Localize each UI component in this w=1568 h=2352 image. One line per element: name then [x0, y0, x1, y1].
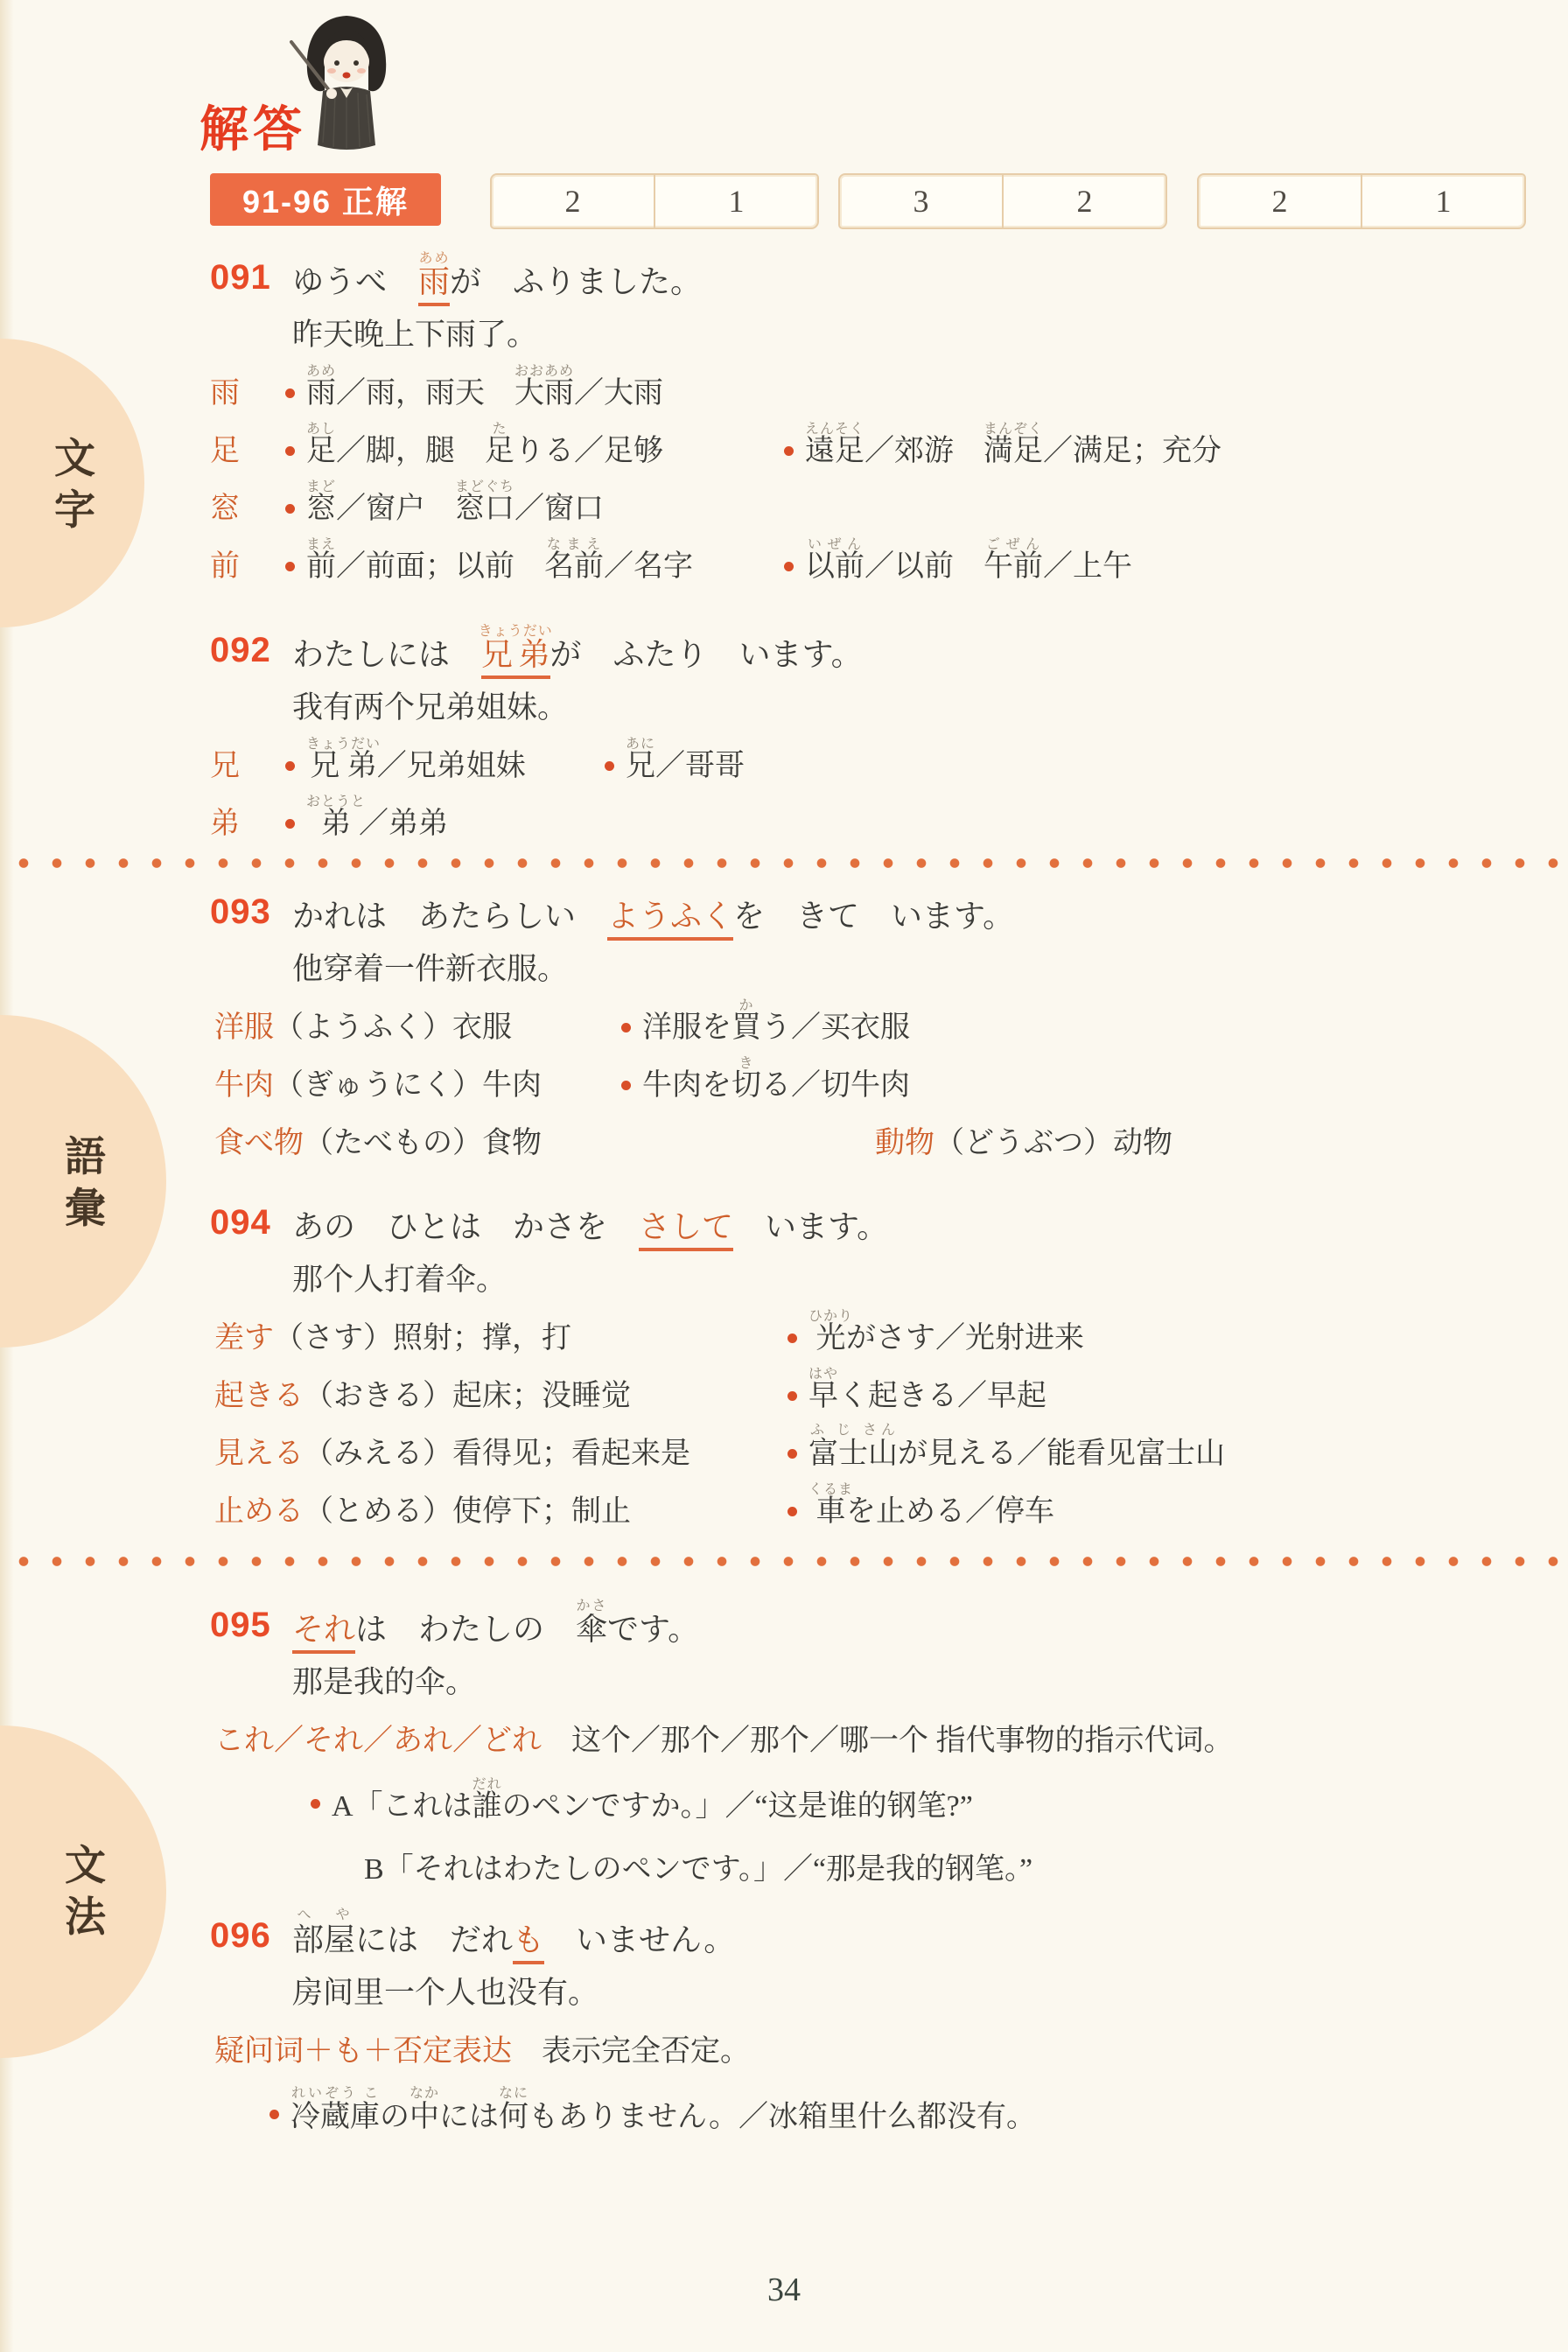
vocab-text: 兄弟きょうだい／兄弟姐妹 — [306, 737, 526, 784]
example-row: A「これは誰だれのペンですか。」／“这是谁的钢笔?” — [311, 1759, 1540, 1822]
question-096: 096 部屋へ やには だれも いません。 房间里一个人也没有。 疑问词＋も＋否… — [210, 1877, 1540, 2132]
vocab-entry: 洋服を買かう／买衣服 — [621, 998, 910, 1046]
question-sentence: それは わたしの 傘かさです。 — [292, 1599, 699, 1647]
question-sentence: かれは あたらしい ようふくを きて います。 — [292, 900, 1014, 934]
question-translation: 房间里一个人也没有。 — [292, 1957, 1540, 2012]
vocab-entry: 雨あめ／雨，雨天 大雨おおあめ／大雨 — [285, 364, 784, 411]
vocab-text: 窓まど／窗户 窓口まどぐち／窗口 — [306, 479, 604, 527]
page-number: 34 — [0, 2271, 1568, 2309]
teacher-girl-illustration — [280, 7, 413, 157]
question-number: 091 — [210, 258, 292, 299]
side-tab-bunpou-label: 文 法 — [65, 1844, 106, 1937]
question-sentence-row: 092 わたしには 兄弟きょうだいが ふたり います。 — [210, 591, 1540, 672]
question-sentence-row: 094 あの ひとは かさを さして います。 — [210, 1164, 1540, 1244]
question-sentence: ゆうべ 雨あめが ふりました。 — [292, 251, 702, 299]
question-sentence-row: 091 ゆうべ 雨あめが ふりました。 — [210, 219, 1540, 299]
vocab-headword: 兄 — [210, 752, 285, 784]
vocab-text: 動物（どうぶつ）动物 — [875, 1129, 1172, 1161]
vocab-text: 差す（さす）照射；撑，打 — [214, 1324, 571, 1356]
vocab-entry: 遠足えんそく／郊游 満足まんぞく／满足；充分 — [784, 422, 1221, 469]
question-sentence: 部屋へ やには だれも いません。 — [292, 1907, 735, 1957]
vocab-row: 差す（さす）照射；撑，打 光ひかりがさす／光射进来 — [210, 1298, 1540, 1356]
bullet-icon — [285, 446, 295, 456]
question-094: 094 あの ひとは かさを さして います。 那个人打着伞。 差す（さす）照射… — [210, 1164, 1540, 1529]
vocab-entry: 前まえ／前面；以前 名前なまえ／名字 — [285, 537, 784, 584]
vocab-text: 洋服（ようふく）衣服 — [214, 1013, 512, 1046]
bullet-icon — [285, 562, 295, 571]
example-text: 冷蔵庫れいぞう この中なかには何なにもありません。／冰箱里什么都没有。 — [290, 2086, 1036, 2132]
vocab-text: 見える（みえる）看得见；看起来是 — [214, 1439, 690, 1472]
vocab-headword: 雨 — [210, 379, 285, 411]
vocab-entry: 弟おとうと／弟弟 — [285, 794, 448, 842]
vocab-text: 車くるまを止める／停车 — [808, 1482, 1054, 1529]
vocab-row: 食べ物（たべもの）食物 動物（どうぶつ）动物 — [210, 1103, 1540, 1161]
example-row: 冷蔵庫れいぞう この中なかには何なにもありません。／冰箱里什么都没有。 — [269, 2069, 1540, 2132]
vocab-headword: 前 — [210, 552, 285, 584]
vocab-row: 足 足あし／脚，腿 足たりる／足够 遠足えんそく／郊游 満足まんぞく／满足；充分 — [210, 411, 1540, 469]
side-tab-moji-label: 文 字 — [54, 437, 95, 530]
vocab-row: 雨 雨あめ／雨，雨天 大雨おおあめ／大雨 — [210, 353, 1540, 411]
vocab-row: 兄 兄弟きょうだい／兄弟姐妹 兄あに／哥哥 — [210, 726, 1540, 784]
vocab-entry: 見える（みえる）看得见；看起来是 — [214, 1439, 787, 1472]
question-translation: 那个人打着伞。 — [292, 1244, 1540, 1298]
example-row: B「それはわたしのペンです。」／“那是我的钢笔。” — [364, 1822, 1540, 1885]
vocab-row: 洋服（ようふく）衣服 洋服を買かう／买衣服 — [210, 988, 1540, 1046]
vocab-text: 止める（とめる）使停下；制止 — [214, 1497, 631, 1529]
bullet-icon — [621, 1081, 631, 1090]
vocab-row: 牛肉（ぎゅうにく）牛肉 牛肉を切きる／切牛肉 — [210, 1046, 1540, 1103]
question-number: 093 — [210, 892, 292, 934]
grammar-note-row: これ／それ／あれ／どれ 这个／那个／那个／哪一个 指代事物的指示代词。 — [210, 1701, 1540, 1759]
vocab-text: 富士山ふ じ さんが見える／能看见富士山 — [808, 1423, 1225, 1472]
vocab-entry: 以前いぜん／以前 午前ごぜん／上午 — [784, 537, 1132, 584]
question-095: 095 それは わたしの 傘かさです。 那是我的伞。 これ／それ／あれ／どれ 这… — [210, 1566, 1540, 1885]
vocab-text: 兄あに／哥哥 — [626, 737, 745, 784]
grammar-note: これ／それ／あれ／どれ 这个／那个／那个／哪一个 指代事物的指示代词。 — [214, 1726, 1234, 1759]
vocab-entry: 車くるまを止める／停车 — [787, 1482, 1054, 1529]
vocab-entry: 光ひかりがさす／光射进来 — [787, 1309, 1084, 1356]
vocab-text: 遠足えんそく／郊游 満足まんぞく／满足；充分 — [805, 422, 1221, 469]
question-sentence-row: 096 部屋へ やには だれも いません。 — [210, 1877, 1540, 1957]
vocab-text: 雨あめ／雨，雨天 大雨おおあめ／大雨 — [306, 364, 663, 411]
vocab-row: 起きる（おきる）起床；没睡觉 早はやく起きる／早起 — [210, 1356, 1540, 1414]
vocab-text: 以前いぜん／以前 午前ごぜん／上午 — [805, 537, 1132, 584]
side-tab-goi-label: 語 彙 — [65, 1136, 106, 1228]
vocab-row: 見える（みえる）看得见；看起来是 富士山ふ じ さんが見える／能看见富士山 — [210, 1414, 1540, 1472]
question-translation: 那是我的伞。 — [292, 1647, 1540, 1701]
vocab-text: 牛肉を切きる／切牛肉 — [642, 1056, 910, 1103]
vocab-entry: 窓まど／窗户 窓口まどぐち／窗口 — [285, 479, 784, 527]
vocab-entry: 起きる（おきる）起床；没睡觉 — [214, 1382, 787, 1414]
vocab-row: 弟 弟おとうと／弟弟 — [210, 784, 1540, 842]
question-sentence-row: 093 かれは あたらしい ようふくを きて います。 — [210, 853, 1540, 934]
vocab-entry: 牛肉を切きる／切牛肉 — [621, 1056, 910, 1103]
dotted-separator — [0, 1556, 1568, 1566]
bullet-icon — [787, 1507, 797, 1516]
vocab-text: 前まえ／前面；以前 名前なまえ／名字 — [306, 537, 693, 584]
tab-char: 彙 — [65, 1187, 106, 1228]
grammar-note: 疑问词＋も＋否定表达 表示完全否定。 — [214, 2037, 750, 2069]
vocab-entry: 食べ物（たべもの）食物 — [214, 1129, 875, 1161]
vocab-entry: 止める（とめる）使停下；制止 — [214, 1497, 787, 1529]
vocab-text: 早はやく起きる／早起 — [808, 1367, 1046, 1414]
vocab-text: 弟おとうと／弟弟 — [306, 794, 448, 842]
vocab-headword: 弟 — [210, 809, 285, 842]
bullet-icon — [285, 388, 295, 398]
question-sentence-row: 095 それは わたしの 傘かさです。 — [210, 1566, 1540, 1647]
question-091: 091 ゆうべ 雨あめが ふりました。 昨天晚上下雨了。 雨 雨あめ／雨，雨天 … — [210, 219, 1540, 584]
question-translation: 他穿着一件新衣服。 — [292, 934, 1540, 988]
question-number: 095 — [210, 1606, 292, 1647]
bullet-icon — [787, 1391, 797, 1401]
vocab-text: 足あし／脚，腿 足たりる／足够 — [306, 422, 663, 469]
question-translation: 我有两个兄弟姐妹。 — [292, 672, 1540, 726]
bullet-icon — [787, 1333, 797, 1343]
vocab-headword: 足 — [210, 437, 285, 469]
question-092: 092 わたしには 兄弟きょうだいが ふたり います。 我有两个兄弟姐妹。 兄 … — [210, 591, 1540, 842]
bullet-icon — [285, 761, 295, 771]
grammar-text: これ／それ／あれ／どれ 这个／那个／那个／哪一个 指代事物的指示代词。 — [214, 1726, 1234, 1759]
tab-char: 法 — [65, 1896, 106, 1937]
bullet-icon — [787, 1449, 797, 1459]
question-093: 093 かれは あたらしい ようふくを きて います。 他穿着一件新衣服。 洋服… — [210, 853, 1540, 1161]
vocab-text: 光ひかりがさす／光射进来 — [808, 1309, 1084, 1356]
bullet-icon — [784, 446, 794, 456]
vocab-entry: 富士山ふ じ さんが見える／能看见富士山 — [787, 1423, 1225, 1472]
bullet-icon — [311, 1799, 320, 1809]
question-translation: 昨天晚上下雨了。 — [292, 299, 1540, 353]
question-number: 096 — [210, 1916, 292, 1957]
grammar-note-row: 疑问词＋も＋否定表达 表示完全否定。 — [210, 2012, 1540, 2069]
vocab-entry: 早はやく起きる／早起 — [787, 1367, 1046, 1414]
bullet-icon — [621, 1023, 631, 1032]
bullet-icon — [285, 504, 295, 514]
vocab-text: 起きる（おきる）起床；没睡觉 — [214, 1382, 631, 1414]
vocab-headword: 窓 — [210, 494, 285, 527]
vocab-entry: 足あし／脚，腿 足たりる／足够 — [285, 422, 784, 469]
vocab-entry: 兄あに／哥哥 — [605, 737, 745, 784]
grammar-text: 疑问词＋も＋否定表达 表示完全否定。 — [214, 2037, 750, 2069]
bullet-icon — [784, 562, 794, 571]
vocab-row: 止める（とめる）使停下；制止 車くるまを止める／停车 — [210, 1472, 1540, 1529]
bullet-icon — [269, 2110, 279, 2119]
vocab-row: 前 前まえ／前面；以前 名前なまえ／名字 以前いぜん／以前 午前ごぜん／上午 — [210, 527, 1540, 584]
tab-char: 文 — [54, 437, 95, 479]
vocab-entry: 動物（どうぶつ）动物 — [875, 1129, 1172, 1161]
vocab-text: 食べ物（たべもの）食物 — [214, 1129, 542, 1161]
example-text: A「これは誰だれのペンですか。」／“这是谁的钢笔?” — [332, 1777, 973, 1822]
vocab-row: 窓 窓まど／窗户 窓口まどぐち／窗口 — [210, 469, 1540, 527]
bullet-icon — [605, 761, 614, 771]
vocab-entry: 牛肉（ぎゅうにく）牛肉 — [214, 1071, 621, 1103]
vocab-entry: 洋服（ようふく）衣服 — [214, 1013, 621, 1046]
question-number: 094 — [210, 1203, 292, 1244]
tab-char: 文 — [65, 1844, 106, 1886]
question-number: 092 — [210, 631, 292, 672]
answer-range-badge: 91-96 正解 — [210, 173, 441, 226]
vocab-entry: 兄弟きょうだい／兄弟姐妹 — [285, 737, 605, 784]
vocab-text: 牛肉（ぎゅうにく）牛肉 — [214, 1071, 542, 1103]
question-sentence: わたしには 兄弟きょうだいが ふたり います。 — [292, 624, 863, 672]
vocab-text: 洋服を買かう／买衣服 — [642, 998, 910, 1046]
bullet-icon — [285, 819, 295, 829]
question-sentence: あの ひとは かさを さして います。 — [292, 1211, 888, 1244]
tab-char: 字 — [54, 489, 95, 530]
vocab-entry: 差す（さす）照射；撑，打 — [214, 1324, 787, 1356]
tab-char: 語 — [65, 1136, 106, 1177]
